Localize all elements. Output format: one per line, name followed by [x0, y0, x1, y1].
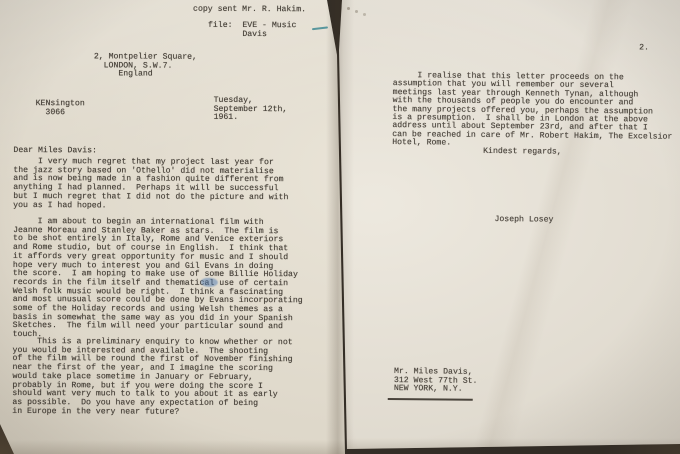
page-number: 2. [639, 44, 649, 53]
closing: Kindest regards, [483, 148, 562, 157]
typed-signature: Joseph Losey [494, 216, 553, 225]
right-page-content: 2. I realise that this letter proceeds o… [0, 0, 680, 454]
recipient-address: Mr. Miles Davis, 312 West 77th St. NEW Y… [394, 368, 478, 395]
recipient-underline [388, 398, 473, 400]
letter-photo: copy sent Mr. R. Hakim. file: EVE - Musi… [0, 0, 680, 454]
body-paragraph-4: I realise that this letter proceeds on t… [392, 72, 673, 150]
